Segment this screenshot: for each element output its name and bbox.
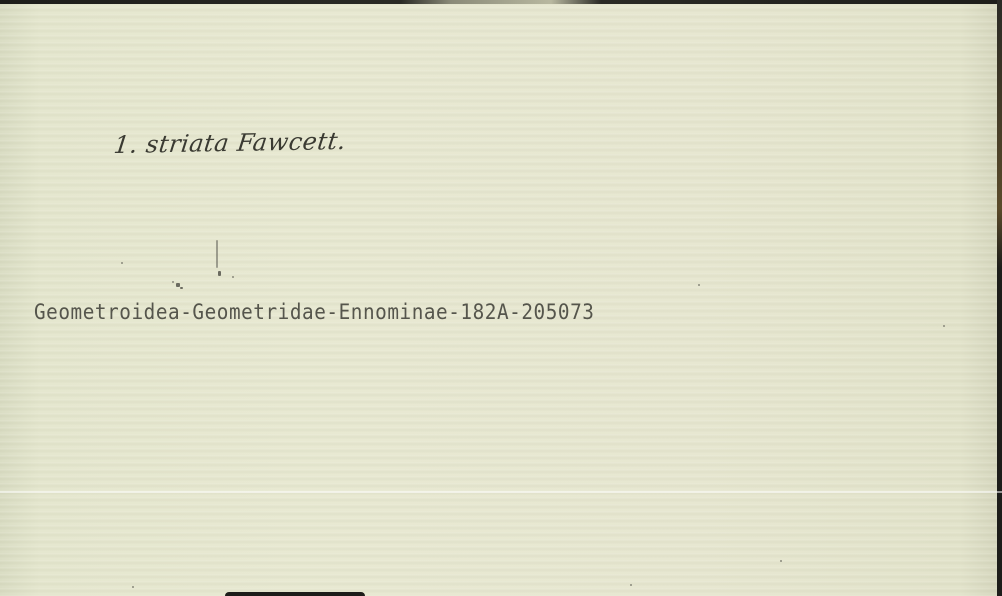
- scanner-edge-right: [997, 0, 1002, 596]
- index-card: 1. striata Fawcett. Geometroidea-Geometr…: [0, 0, 1002, 596]
- ink-mark: [180, 287, 183, 289]
- speck: [943, 325, 945, 327]
- speck: [132, 586, 134, 588]
- scanner-edge-top: [0, 0, 1002, 4]
- speck: [630, 584, 632, 586]
- speck: [172, 281, 174, 283]
- scan-artifact-line: [0, 491, 1002, 493]
- speck: [121, 262, 123, 264]
- scanner-edge-bottom: [225, 592, 365, 596]
- typed-classification-label: Geometroidea-Geometridae-Ennominae-182A-…: [34, 300, 594, 324]
- ink-mark: [216, 240, 218, 268]
- speck: [780, 560, 782, 562]
- handwritten-species-entry: 1. striata Fawcett.: [112, 127, 347, 159]
- speck: [698, 284, 700, 286]
- ink-mark: [218, 271, 221, 276]
- speck: [232, 276, 234, 278]
